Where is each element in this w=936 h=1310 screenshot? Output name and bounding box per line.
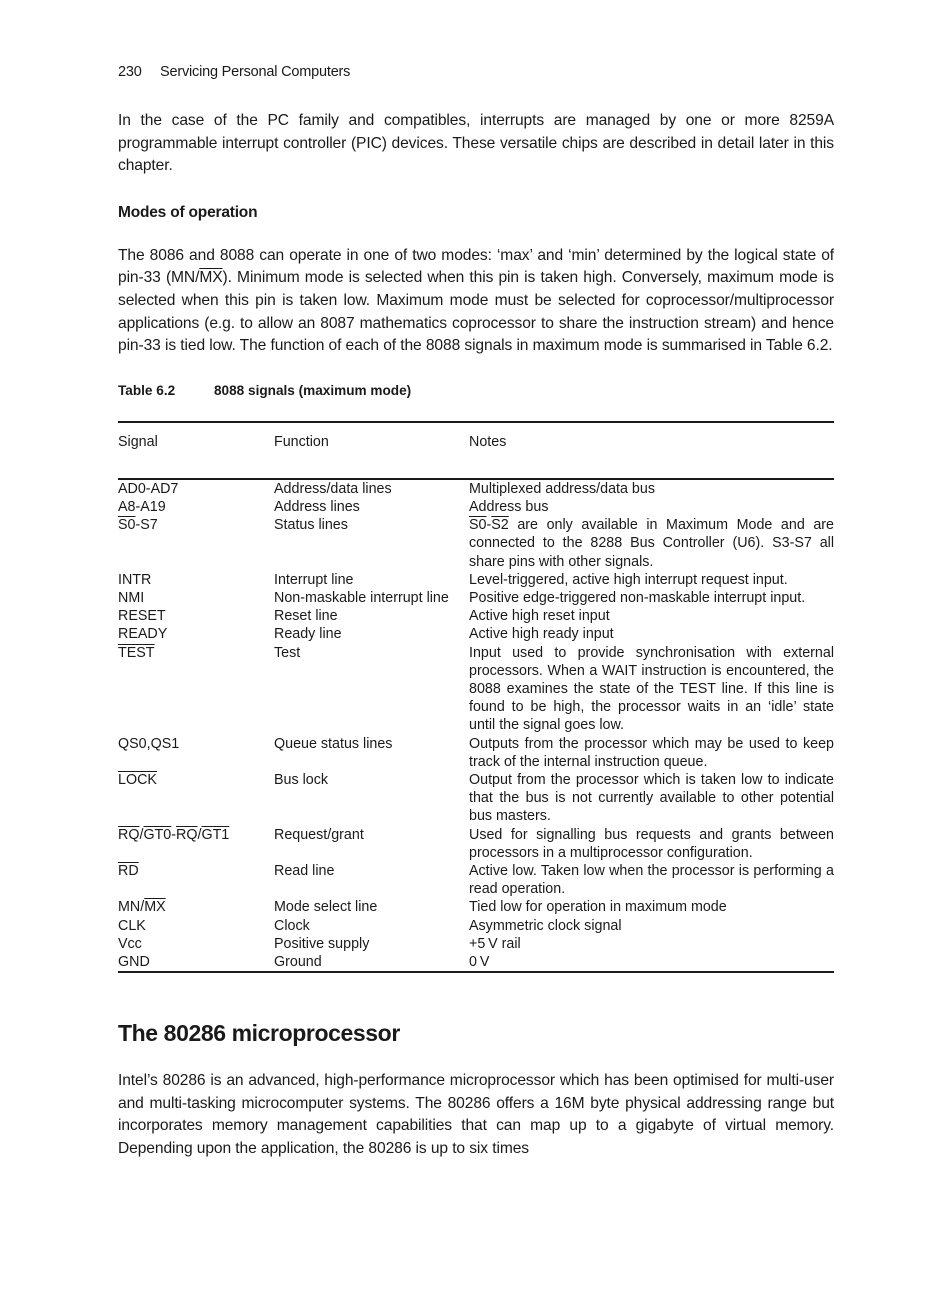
- text-segment: Asymmetric clock signal: [469, 918, 622, 934]
- table-row: LOCKBus lockOutput from the processor wh…: [118, 771, 834, 826]
- signal-cell: NMI: [118, 589, 274, 607]
- text-segment: Active high reset input: [469, 608, 610, 624]
- text-segment: Tied low for operation in maximum mode: [469, 899, 727, 915]
- notes-cell: 0 V: [469, 953, 834, 971]
- notes-cell: Outputs from the processor which may be …: [469, 735, 834, 771]
- function-cell: Ready line: [274, 625, 469, 643]
- text-segment: READY: [118, 626, 167, 642]
- table-row: RQ/GT0-RQ/GT1Request/grantUsed for signa…: [118, 826, 834, 862]
- signal-cell: READY: [118, 625, 274, 643]
- notes-cell: Positive edge-triggered non-maskable int…: [469, 589, 834, 607]
- table-row: AD0-AD7Address/data linesMultiplexed add…: [118, 480, 834, 498]
- table-row: TESTTestInput used to provide synchronis…: [118, 644, 834, 735]
- text-segment: are only available in Maximum Mode and a…: [469, 517, 834, 569]
- text-segment: Active low. Taken low when the processor…: [469, 863, 834, 897]
- function-cell: Interrupt line: [274, 571, 469, 589]
- notes-cell: S0-S2 are only available in Maximum Mode…: [469, 516, 834, 571]
- table-row: INTRInterrupt lineLevel-triggered, activ…: [118, 571, 834, 589]
- text-segment: CLK: [118, 918, 146, 934]
- function-cell: Test: [274, 644, 469, 735]
- function-cell: Positive supply: [274, 935, 469, 953]
- signal-cell: RESET: [118, 607, 274, 625]
- text-segment: RESET: [118, 608, 166, 624]
- signal-cell: QS0,QS1: [118, 735, 274, 771]
- intro-paragraph: In the case of the PC family and compati…: [118, 110, 834, 178]
- text-segment: A8-A19: [118, 499, 166, 515]
- function-cell: Clock: [274, 917, 469, 935]
- text-segment: Input used to provide synchronisation wi…: [469, 645, 834, 734]
- overlined-signal: S0: [469, 517, 487, 533]
- text-segment: QS0,QS1: [118, 736, 179, 752]
- text-segment: Output from the processor which is taken…: [469, 772, 834, 824]
- text-segment: INTR: [118, 572, 151, 588]
- notes-cell: Tied low for operation in maximum mode: [469, 898, 834, 916]
- table-number: Table 6.2: [118, 382, 214, 400]
- table-title: 8088 signals (maximum mode): [214, 383, 411, 398]
- overlined-signal: S0: [118, 517, 136, 533]
- table-header-row: Signal Function Notes: [118, 423, 834, 478]
- table-row: RESETReset lineActive high reset input: [118, 607, 834, 625]
- column-header-signal: Signal: [118, 423, 274, 478]
- text-segment: Level-triggered, active high interrupt r…: [469, 572, 788, 588]
- text-segment: +5 V rail: [469, 936, 521, 952]
- function-cell: Request/grant: [274, 826, 469, 862]
- table-row: VccPositive supply+5 V rail: [118, 935, 834, 953]
- text-segment: GND: [118, 954, 150, 970]
- modes-text-after: ). Minimum mode is selected when this pi…: [118, 269, 834, 354]
- function-cell: Bus lock: [274, 771, 469, 826]
- table-row: RDRead lineActive low. Taken low when th…: [118, 862, 834, 898]
- signal-cell: MN/MX: [118, 898, 274, 916]
- section-80286-paragraph: Intel’s 80286 is an advanced, high-perfo…: [118, 1070, 834, 1160]
- signal-cell: GND: [118, 953, 274, 971]
- section-80286-heading: The 80286 microprocessor: [118, 1019, 834, 1047]
- function-cell: Non-maskable interrupt line: [274, 589, 469, 607]
- running-header: 230Servicing Personal Computers: [118, 64, 834, 86]
- function-cell: Address lines: [274, 498, 469, 516]
- text-segment: 0 V: [469, 954, 489, 970]
- column-header-notes: Notes: [469, 423, 834, 478]
- notes-cell: Output from the processor which is taken…: [469, 771, 834, 826]
- text-segment: Outputs from the processor which may be …: [469, 736, 834, 770]
- column-header-function: Function: [274, 423, 469, 478]
- notes-cell: Input used to provide synchronisation wi…: [469, 644, 834, 735]
- function-cell: Address/data lines: [274, 480, 469, 498]
- signal-cell: RQ/GT0-RQ/GT1: [118, 826, 274, 862]
- table-body: AD0-AD7Address/data linesMultiplexed add…: [118, 480, 834, 971]
- function-cell: Read line: [274, 862, 469, 898]
- notes-cell: Active high reset input: [469, 607, 834, 625]
- notes-cell: Used for signalling bus requests and gra…: [469, 826, 834, 862]
- text-segment: -S7: [136, 517, 158, 533]
- signal-cell: CLK: [118, 917, 274, 935]
- notes-cell: Level-triggered, active high interrupt r…: [469, 571, 834, 589]
- text-segment: Address bus: [469, 499, 548, 515]
- signal-cell: INTR: [118, 571, 274, 589]
- modes-heading: Modes of operation: [118, 203, 834, 223]
- running-title: Servicing Personal Computers: [160, 64, 350, 80]
- signal-cell: RD: [118, 862, 274, 898]
- text-segment: MN/: [118, 899, 144, 915]
- signal-cell: Vcc: [118, 935, 274, 953]
- book-page: 230Servicing Personal Computers In the c…: [118, 64, 834, 1161]
- notes-cell: Address bus: [469, 498, 834, 516]
- page-number: 230: [118, 64, 160, 80]
- table-row: READYReady lineActive high ready input: [118, 625, 834, 643]
- text-segment: Multiplexed address/data bus: [469, 481, 655, 497]
- modes-paragraph: The 8086 and 8088 can operate in one of …: [118, 245, 834, 358]
- signal-cell: S0-S7: [118, 516, 274, 571]
- overlined-signal: GT1: [201, 827, 229, 843]
- text-segment: Active high ready input: [469, 626, 614, 642]
- signal-cell: A8-A19: [118, 498, 274, 516]
- table-row: CLKClockAsymmetric clock signal: [118, 917, 834, 935]
- overlined-signal: S2: [491, 517, 509, 533]
- overlined-signal: GT0: [143, 827, 171, 843]
- notes-cell: Asymmetric clock signal: [469, 917, 834, 935]
- function-cell: Ground: [274, 953, 469, 971]
- notes-cell: Multiplexed address/data bus: [469, 480, 834, 498]
- text-segment: Used for signalling bus requests and gra…: [469, 827, 834, 861]
- notes-cell: Active low. Taken low when the processor…: [469, 862, 834, 898]
- notes-cell: Active high ready input: [469, 625, 834, 643]
- table-row: QS0,QS1Queue status linesOutputs from th…: [118, 735, 834, 771]
- function-cell: Queue status lines: [274, 735, 469, 771]
- function-cell: Mode select line: [274, 898, 469, 916]
- signal-cell: LOCK: [118, 771, 274, 826]
- table-row: S0-S7Status linesS0-S2 are only availabl…: [118, 516, 834, 571]
- table-row: GNDGround0 V: [118, 953, 834, 971]
- text-segment: Positive edge-triggered non-maskable int…: [469, 590, 805, 606]
- table-bottom-rule: [118, 971, 834, 973]
- signal-cell: AD0-AD7: [118, 480, 274, 498]
- text-segment: AD0-AD7: [118, 481, 178, 497]
- table-caption: Table 6.28088 signals (maximum mode): [118, 382, 834, 400]
- overlined-signal: TEST: [118, 645, 155, 661]
- text-segment: NMI: [118, 590, 144, 606]
- signals-table: Signal Function Notes AD0-AD7Address/dat…: [118, 423, 834, 971]
- overlined-signal: LOCK: [118, 772, 157, 788]
- signal-cell: TEST: [118, 644, 274, 735]
- table-row: NMINon-maskable interrupt linePositive e…: [118, 589, 834, 607]
- overlined-signal: RQ: [118, 827, 139, 843]
- function-cell: Reset line: [274, 607, 469, 625]
- overlined-signal: RQ: [176, 827, 197, 843]
- table-row: A8-A19Address linesAddress bus: [118, 498, 834, 516]
- notes-cell: +5 V rail: [469, 935, 834, 953]
- overlined-signal: RD: [118, 863, 139, 879]
- overlined-signal: MX: [144, 899, 165, 915]
- modes-text-overlined: MX: [199, 269, 222, 286]
- table-row: MN/MXMode select lineTied low for operat…: [118, 898, 834, 916]
- text-segment: Vcc: [118, 936, 142, 952]
- function-cell: Status lines: [274, 516, 469, 571]
